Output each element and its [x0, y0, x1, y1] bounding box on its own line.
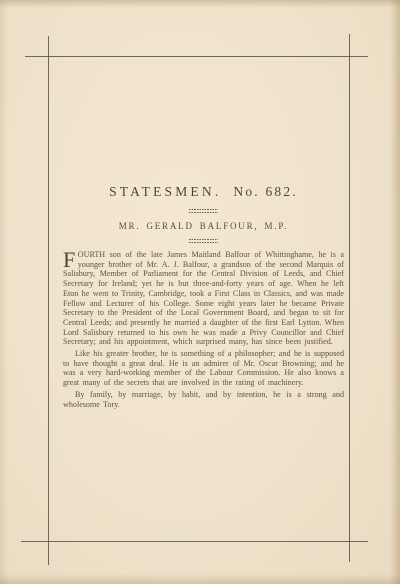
frame-rule-bottom [21, 541, 368, 542]
frame-rule-left [48, 36, 49, 565]
series-heading: STATESMEN.No. 682. [63, 184, 344, 200]
frame-rule-top [25, 56, 368, 57]
frame-rule-right [349, 34, 350, 562]
series-title: STATESMEN. [109, 184, 221, 199]
page-content: STATESMEN.No. 682. MR. GERALD BALFOUR, M… [63, 184, 344, 409]
subject-title: MR. GERALD BALFOUR, M.P. [63, 221, 344, 231]
paragraph-2: Like his greater brother, he is somethin… [63, 349, 344, 388]
scanned-page: STATESMEN.No. 682. MR. GERALD BALFOUR, M… [0, 0, 400, 584]
article-body: FOURTH son of the late James Maitland Ba… [63, 250, 344, 409]
divider-rule-top [189, 209, 218, 213]
issue-number: No. 682. [233, 184, 297, 199]
divider-rule-bottom [189, 239, 218, 243]
paragraph-3: By family, by marriage, by habit, and by… [63, 390, 344, 409]
paragraph-1: FOURTH son of the late James Maitland Ba… [63, 250, 344, 347]
